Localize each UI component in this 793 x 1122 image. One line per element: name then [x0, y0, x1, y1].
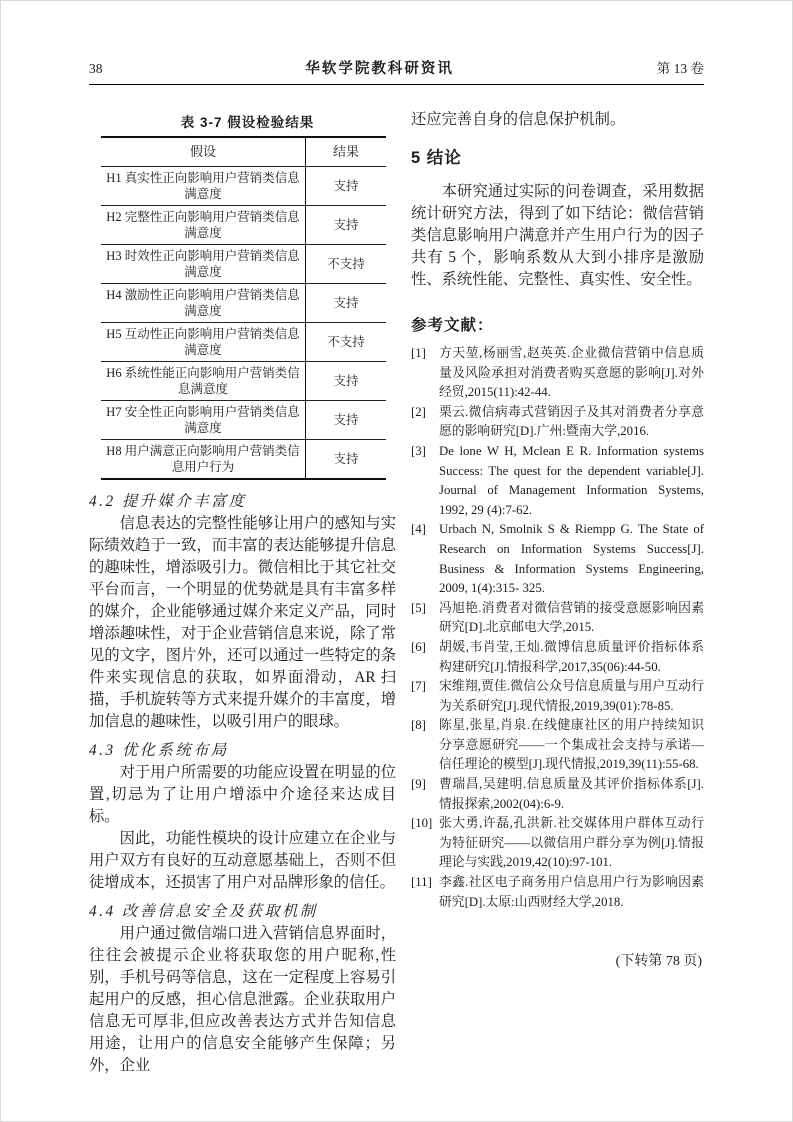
result-cell: 支持: [306, 440, 387, 480]
reference-number: [2]: [411, 403, 439, 442]
table-row: H1 真实性正向影响用户营销类信息满意度 支持: [101, 167, 386, 206]
reference-number: [3]: [411, 442, 439, 520]
reference-text: 陈星,张星,肖泉.在线健康社区的用户持续知识分享意愿研究——一个集成社会支持与承…: [439, 716, 704, 775]
hypothesis-results-table: 假设 结果 H1 真实性正向影响用户营销类信息满意度 支持 H2 完整性正向影响…: [101, 136, 386, 480]
reference-text: 宋维翔,贾佳.微信公众号信息质量与用户互动行为关系研究[J].现代情报,2019…: [439, 677, 704, 716]
reference-number: [9]: [411, 775, 439, 814]
reference-item: [11] 李鑫.社区电子商务用户信息用户行为影响因素研究[D].太原:山西财经大…: [411, 873, 704, 912]
hypothesis-cell: H8 用户满意正向影响用户营销类信息用户行为: [101, 440, 306, 480]
reference-number: [11]: [411, 873, 439, 912]
result-cell: 支持: [306, 401, 387, 440]
result-cell: 不支持: [306, 323, 387, 362]
hypothesis-cell: H2 完整性正向影响用户营销类信息满意度: [101, 206, 306, 245]
table-caption: 表 3-7 假设检验结果: [99, 111, 396, 131]
reference-number: [10]: [411, 814, 439, 873]
reference-number: [6]: [411, 638, 439, 677]
reference-item: [7] 宋维翔,贾佳.微信公众号信息质量与用户互动行为关系研究[J].现代情报,…: [411, 677, 704, 716]
body-paragraph: 信息表达的完整性能够让用户的感知与实际绩效趋于一致，而丰富的表达能够提升信息的趣…: [89, 513, 396, 733]
journal-title: 华软学院教科研资讯: [305, 57, 454, 78]
table-row: H2 完整性正向影响用户营销类信息满意度 支持: [101, 206, 386, 245]
result-cell: 支持: [306, 362, 387, 401]
reference-text: Urbach N, Smolnik S & Riempp G. The Stat…: [439, 520, 704, 598]
section-heading: 4.2 提升媒介丰富度: [89, 491, 396, 513]
section-4-2: 4.2 提升媒介丰富度 信息表达的完整性能够让用户的感知与实际绩效趋于一致，而丰…: [89, 491, 396, 733]
reference-text: 李鑫.社区电子商务用户信息用户行为影响因素研究[D].太原:山西财经大学,201…: [439, 873, 704, 912]
conclusion-heading: 5 结论: [411, 144, 704, 168]
hypothesis-cell: H1 真实性正向影响用户营销类信息满意度: [101, 167, 306, 206]
hypothesis-cell: H3 时效性正向影响用户营销类信息满意度: [101, 245, 306, 284]
result-cell: 不支持: [306, 245, 387, 284]
reference-item: [3] De lone W H, Mclean E R. Information…: [411, 442, 704, 520]
reference-number: [5]: [411, 599, 439, 638]
page-content: 表 3-7 假设检验结果 假设 结果 H1 真实性正向影响用户营销类信息满意度 …: [89, 109, 704, 1077]
reference-text: 曹瑞昌,吴建明.信息质量及其评价指标体系[J].情报探索,2002(04):6-…: [439, 775, 704, 814]
reference-text: 张大勇,许磊,孔洪新.社交媒体用户群体互动行为特征研究——以微信用户群分享为例[…: [439, 814, 704, 873]
left-column: 表 3-7 假设检验结果 假设 结果 H1 真实性正向影响用户营销类信息满意度 …: [89, 109, 396, 1077]
hypothesis-cell: H5 互动性正向影响用户营销类信息满意度: [101, 323, 306, 362]
running-head: 38 华软学院教科研资讯 第 13 卷: [89, 57, 704, 85]
table-row: H4 激励性正向影响用户营销类信息满意度 支持: [101, 284, 386, 323]
reference-text: 方天堃,杨丽雪,赵英英.企业微信营销中信息质量及风险承担对消费者购买意愿的影响[…: [439, 344, 704, 403]
reference-number: [1]: [411, 344, 439, 403]
reference-item: [8] 陈星,张星,肖泉.在线健康社区的用户持续知识分享意愿研究——一个集成社会…: [411, 716, 704, 775]
reference-item: [6] 胡媛,韦肖莹,王灿.微博信息质量评价指标体系构建研究[J].情报科学,2…: [411, 638, 704, 677]
result-cell: 支持: [306, 206, 387, 245]
table-header-row: 假设 结果: [101, 137, 386, 167]
reference-text: 冯旭艳.消费者对微信营销的接受意愿影响因素研究[D].北京邮电大学,2015.: [439, 599, 704, 638]
reference-text: 胡媛,韦肖莹,王灿.微博信息质量评价指标体系构建研究[J].情报科学,2017,…: [439, 638, 704, 677]
reference-item: [1] 方天堃,杨丽雪,赵英英.企业微信营销中信息质量及风险承担对消费者购买意愿…: [411, 344, 704, 403]
hypothesis-cell: H7 安全性正向影响用户营销类信息满意度: [101, 401, 306, 440]
reference-number: [7]: [411, 677, 439, 716]
column-header-result: 结果: [306, 137, 387, 167]
table-row: H6 系统性能正向影响用户营销类信息满意度 支持: [101, 362, 386, 401]
result-cell: 支持: [306, 167, 387, 206]
body-paragraph: 因此，功能性模块的设计应建立在企业与用户双方有良好的互动意愿基础上，否则不但徒增…: [89, 828, 396, 894]
section-heading: 4.4 改善信息安全及获取机制: [89, 901, 396, 923]
reference-text: 栗云.微信病毒式营销因子及其对消费者分享意愿的影响研究[D].广州:暨南大学,2…: [439, 403, 704, 442]
table-row: H3 时效性正向影响用户营销类信息满意度 不支持: [101, 245, 386, 284]
reference-number: [8]: [411, 716, 439, 775]
conclusion-paragraph: 本研究通过实际的问卷调查，采用数据统计研究方法，得到了如下结论：微信营销类信息影…: [411, 181, 704, 291]
reference-text: De lone W H, Mclean E R. Information sys…: [439, 442, 704, 520]
body-paragraph: 对于用户所需要的功能应设置在明显的位置,切忌为了让用户增添中介途径来达成目标。: [89, 762, 396, 828]
journal-page: 38 华软学院教科研资讯 第 13 卷 表 3-7 假设检验结果 假设 结果 H…: [0, 0, 793, 1122]
reference-item: [9] 曹瑞昌,吴建明.信息质量及其评价指标体系[J].情报探索,2002(04…: [411, 775, 704, 814]
hypothesis-cell: H4 激励性正向影响用户营销类信息满意度: [101, 284, 306, 323]
references-heading: 参考文献：: [411, 313, 704, 335]
reference-item: [2] 栗云.微信病毒式营销因子及其对消费者分享意愿的影响研究[D].广州:暨南…: [411, 403, 704, 442]
result-cell: 支持: [306, 284, 387, 323]
right-column: 还应完善自身的信息保护机制。 5 结论 本研究通过实际的问卷调查，采用数据统计研…: [411, 109, 704, 1077]
continuation-paragraph: 还应完善自身的信息保护机制。: [411, 109, 704, 131]
table-row: H7 安全性正向影响用户营销类信息满意度 支持: [101, 401, 386, 440]
volume-label: 第 13 卷: [657, 57, 704, 77]
section-4-4: 4.4 改善信息安全及获取机制 用户通过微信端口进入营销信息界面时，往往会被提示…: [89, 901, 396, 1077]
reference-item: [4] Urbach N, Smolnik S & Riempp G. The …: [411, 520, 704, 598]
column-header-hypothesis: 假设: [101, 137, 306, 167]
body-paragraph: 用户通过微信端口进入营销信息界面时，往往会被提示企业将获取您的用户昵称,性别，手…: [89, 923, 396, 1077]
section-4-3: 4.3 优化系统布局 对于用户所需要的功能应设置在明显的位置,切忌为了让用户增添…: [89, 740, 396, 894]
reference-item: [5] 冯旭艳.消费者对微信营销的接受意愿影响因素研究[D].北京邮电大学,20…: [411, 599, 704, 638]
table-row: H5 互动性正向影响用户营销类信息满意度 不支持: [101, 323, 386, 362]
table-row: H8 用户满意正向影响用户营销类信息用户行为 支持: [101, 440, 386, 480]
page-number: 38: [89, 61, 103, 77]
reference-number: [4]: [411, 520, 439, 598]
continued-on-page-note: (下转第 78 页): [411, 950, 702, 970]
reference-item: [10] 张大勇,许磊,孔洪新.社交媒体用户群体互动行为特征研究——以微信用户群…: [411, 814, 704, 873]
hypothesis-cell: H6 系统性能正向影响用户营销类信息满意度: [101, 362, 306, 401]
section-heading: 4.3 优化系统布局: [89, 740, 396, 762]
